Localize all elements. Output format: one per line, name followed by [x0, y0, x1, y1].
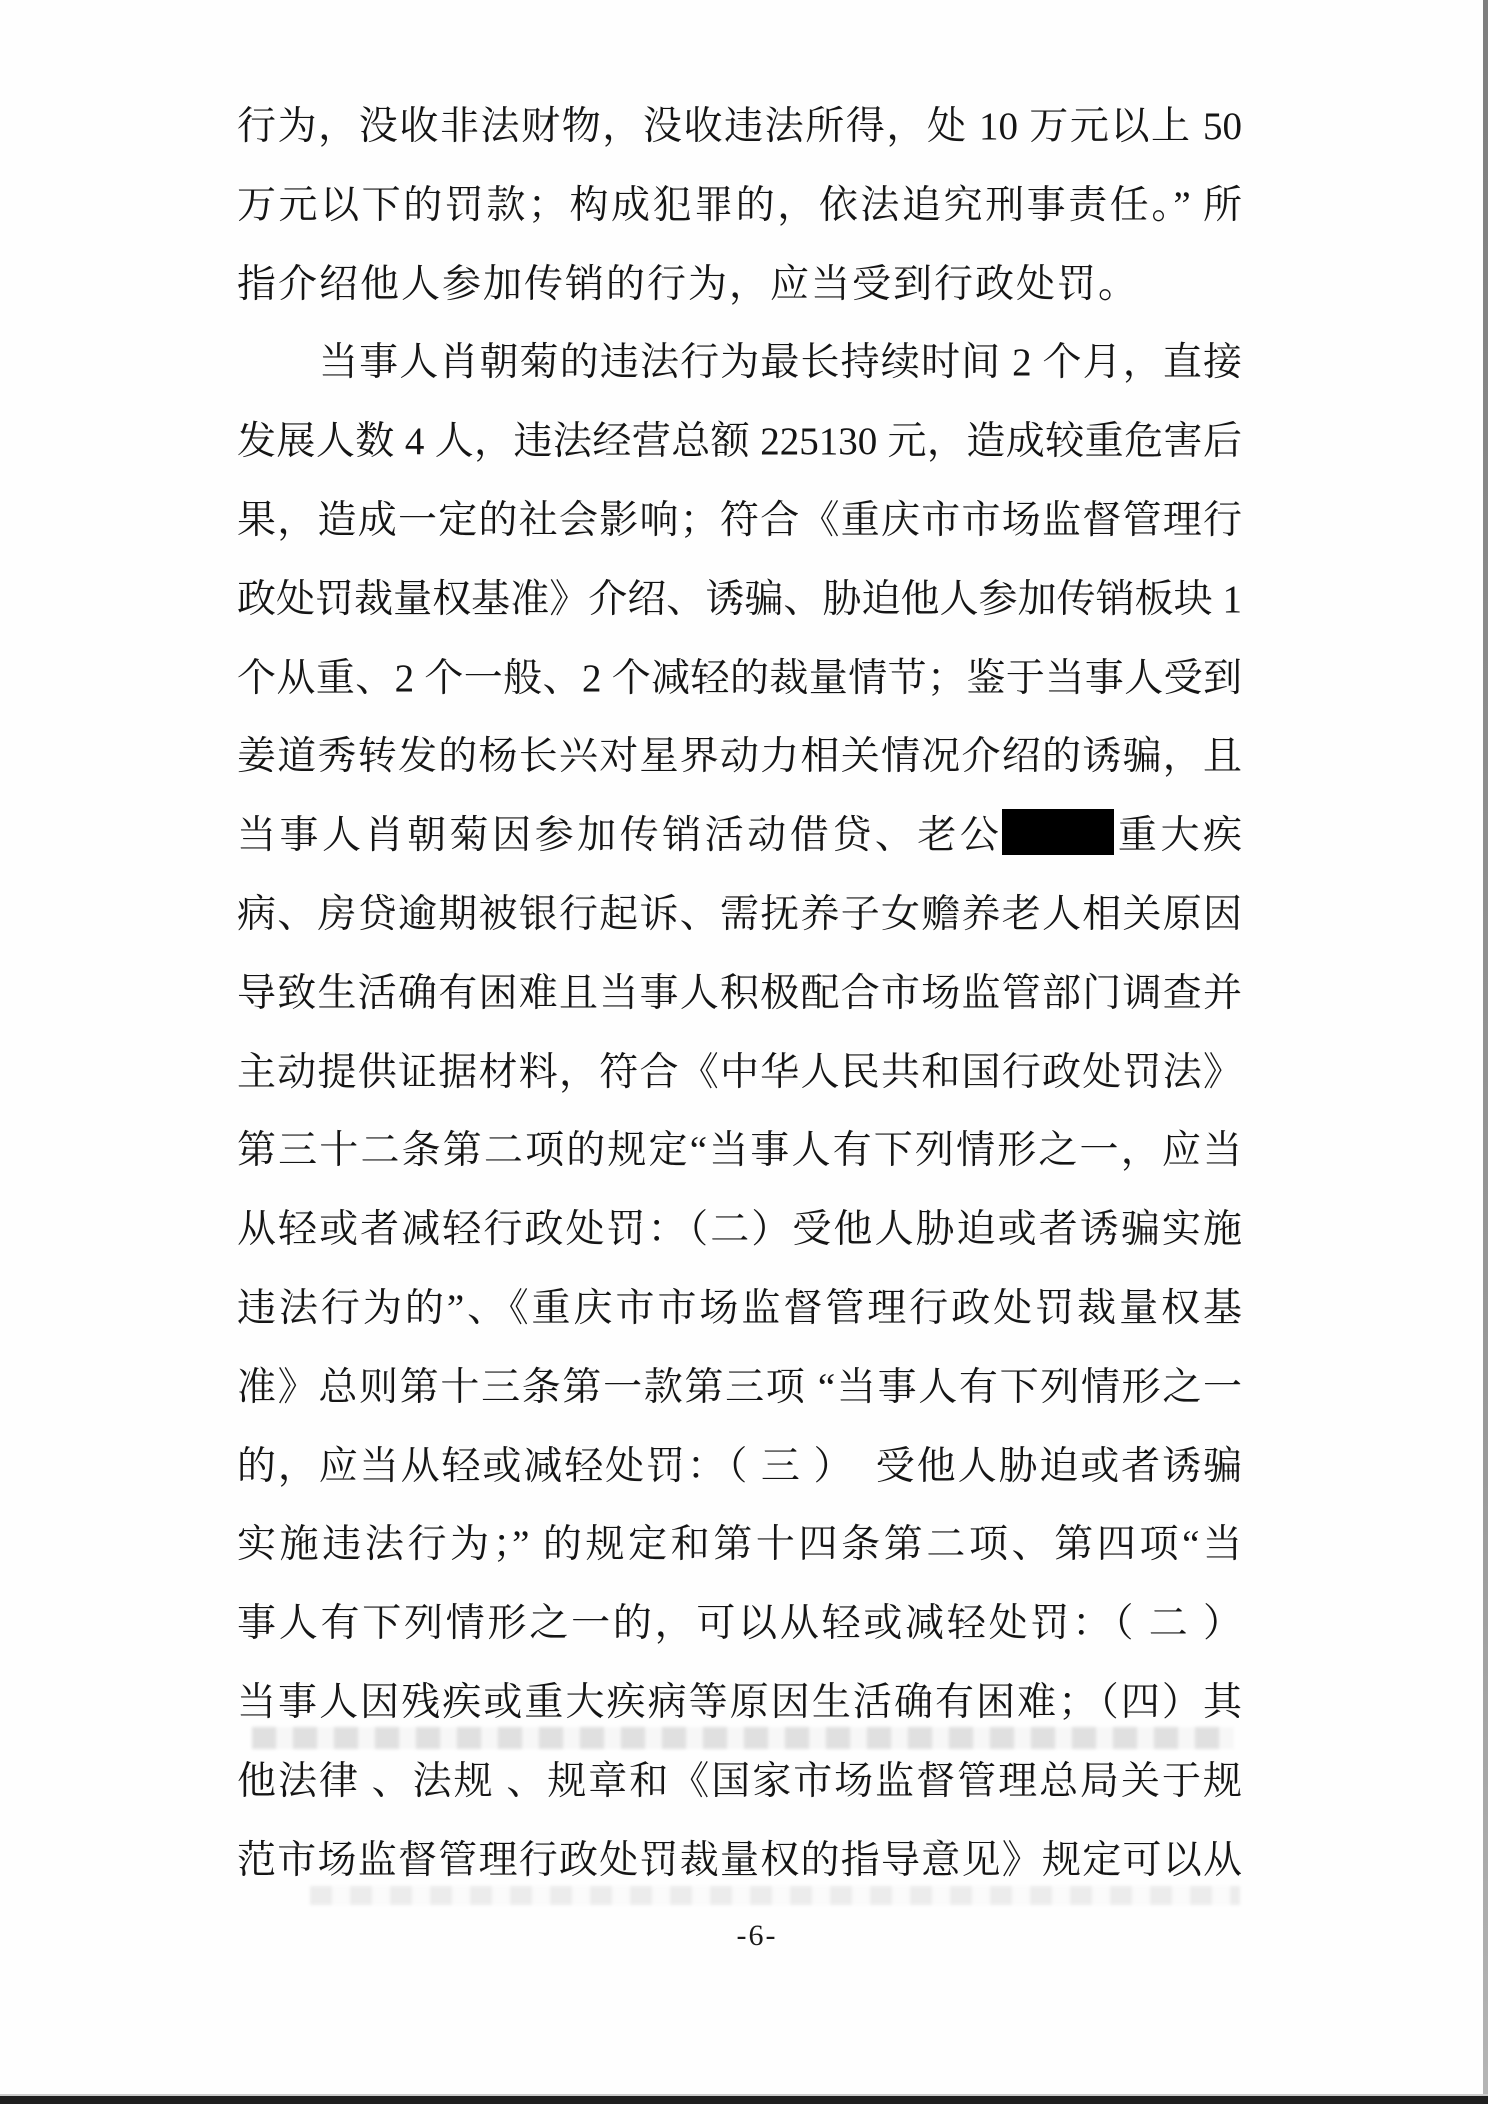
- redaction-box: [1002, 809, 1114, 855]
- body-line: 导致生活确有困难且当事人积极配合市场监管部门调查并: [237, 955, 1242, 1034]
- body-line-paragraph-end: 指介绍他人参加传销的行为，应当受到行政处罚。: [237, 246, 1242, 325]
- scan-edge-right: [1483, 0, 1488, 2104]
- body-line: 万元以下的罚款；构成犯罪的，依法追究刑事责任。” 所: [237, 167, 1242, 246]
- body-line: 政处罚裁量权基准》介绍、诱骗、胁迫他人参加传销板块 1: [237, 561, 1242, 640]
- body-line: 病、房贷逾期被银行起诉、需抚养子女赡养老人相关原因: [237, 876, 1242, 955]
- scan-edge-bottom: [0, 2094, 1488, 2104]
- text-segment: 当事人肖朝菊因参加传销活动借贷、老公: [237, 814, 1002, 857]
- body-line: 果，造成一定的社会影响；符合《重庆市市场监督管理行: [237, 482, 1242, 561]
- body-line: 的，应当从轻或减轻处罚：（ 三 ） 受他人胁迫或者诱骗: [237, 1428, 1242, 1507]
- text-segment: 重大疾: [1114, 814, 1242, 857]
- scanned-document-page: 行为，没收非法财物，没收违法所得，处 10 万元以上 50 万元以下的罚款；构成…: [0, 0, 1488, 2104]
- body-line: 从轻或者减轻行政处罚：（二）受他人胁迫或者诱骗实施: [237, 1191, 1242, 1270]
- document-text-block: 行为，没收非法财物，没收违法所得，处 10 万元以上 50 万元以下的罚款；构成…: [237, 88, 1242, 1900]
- body-line: 事人有下列情形之一的，可以从轻或减轻处罚：（ 二 ）: [237, 1585, 1242, 1664]
- body-line: 个从重、2 个一般、2 个减轻的裁量情节；鉴于当事人受到: [237, 640, 1242, 719]
- body-line: 发展人数 4 人，违法经营总额 225130 元，造成较重危害后: [237, 403, 1242, 482]
- body-line: 实施违法行为；” 的规定和第十四条第二项、第四项“当: [237, 1506, 1242, 1585]
- body-line-paragraph-start: 当事人肖朝菊的违法行为最长持续时间 2 个月，直接: [237, 324, 1242, 403]
- body-line: 范市场监督管理行政处罚裁量权的指导意见》规定可以从: [237, 1822, 1242, 1901]
- body-line: 违法行为的”、《重庆市市场监督管理行政处罚裁量权基: [237, 1270, 1242, 1349]
- body-line: 行为，没收非法财物，没收违法所得，处 10 万元以上 50: [237, 88, 1242, 167]
- body-line: 当事人因残疾或重大疾病等原因生活确有困难；（四）其: [237, 1664, 1242, 1743]
- body-line: 第三十二条第二项的规定“当事人有下列情形之一，应当: [237, 1112, 1242, 1191]
- page-number: -6-: [737, 1916, 778, 1956]
- body-line-with-redaction: 当事人肖朝菊因参加传销活动借贷、老公重大疾: [237, 797, 1242, 876]
- body-line: 他法律 、法规 、规章和《国家市场监督管理总局关于规: [237, 1743, 1242, 1822]
- body-line: 主动提供证据材料，符合《中华人民共和国行政处罚法》: [237, 1034, 1242, 1113]
- body-line: 姜道秀转发的杨长兴对星界动力相关情况介绍的诱骗，且: [237, 718, 1242, 797]
- body-line: 准》总则第十三条第一款第三项 “当事人有下列情形之一: [237, 1349, 1242, 1428]
